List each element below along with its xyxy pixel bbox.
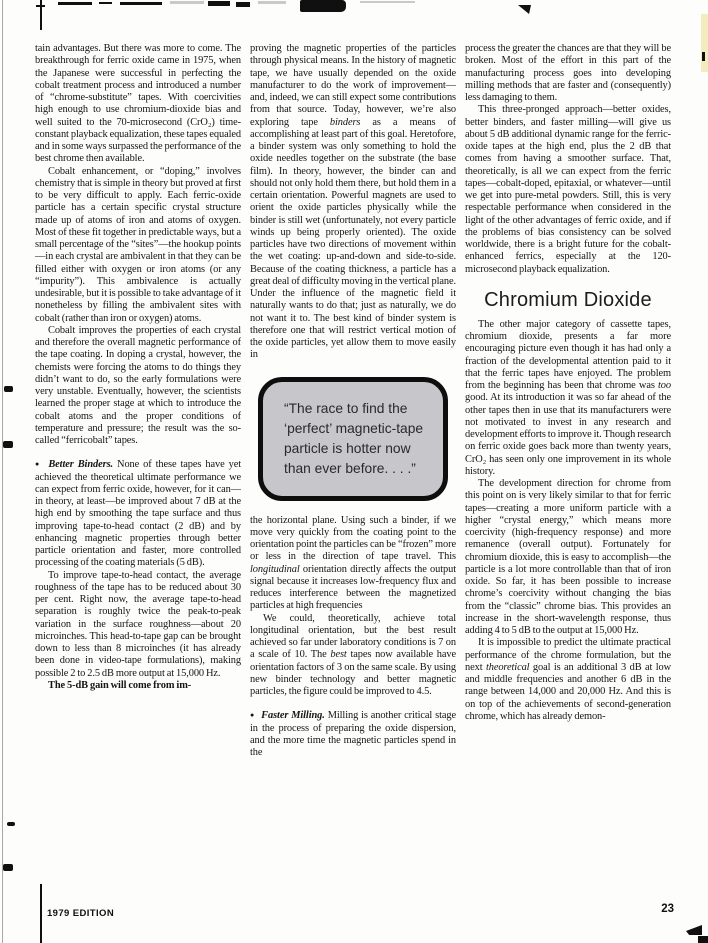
magazine-page: tain advantages. But there was more to c… bbox=[0, 0, 708, 943]
scan-artifact bbox=[2, 0, 3, 943]
scan-artifact bbox=[36, 5, 45, 7]
bullet-marker: ● bbox=[250, 711, 261, 719]
edition-label: 1979 EDITION bbox=[47, 908, 114, 919]
column-1: tain advantages. But there was more to c… bbox=[35, 43, 241, 899]
scan-artifact bbox=[360, 1, 415, 3]
bullet-marker: ● bbox=[35, 460, 48, 468]
scan-artifact bbox=[7, 822, 15, 826]
paragraph: the horizontal plane. Using such a binde… bbox=[250, 515, 456, 613]
scan-artifact bbox=[170, 1, 204, 4]
article-body: tain advantages. But there was more to c… bbox=[35, 43, 671, 899]
paragraph: tain advantages. But there was more to c… bbox=[35, 43, 241, 166]
paragraph: The other major category of cassette tap… bbox=[465, 319, 671, 478]
column-2: proving the magnetic properties of the p… bbox=[250, 43, 456, 899]
paragraph: To improve tape-to-head contact, the ave… bbox=[35, 570, 241, 680]
paragraph: We could, theoretically, achieve total l… bbox=[250, 613, 456, 699]
scan-artifact bbox=[698, 936, 708, 943]
paragraph: It is impossible to predict the ultimate… bbox=[465, 637, 671, 723]
paragraph: process the greater the chances are that… bbox=[465, 43, 671, 104]
section-heading: Chromium Dioxide bbox=[465, 289, 671, 311]
scan-artifact bbox=[518, 5, 531, 14]
paragraph: Cobalt enhancement, or “doping,” involve… bbox=[35, 166, 241, 325]
column-3: process the greater the chances are that… bbox=[465, 43, 671, 899]
page-number: 23 bbox=[661, 903, 674, 915]
paragraph: Cobalt improves the properties of each c… bbox=[35, 325, 241, 448]
scan-artifact bbox=[300, 0, 346, 12]
scan-artifact bbox=[58, 2, 92, 5]
scan-artifact bbox=[702, 52, 705, 61]
scan-artifact bbox=[258, 1, 286, 4]
paragraph: proving the magnetic properties of the p… bbox=[250, 43, 456, 362]
scan-artifact bbox=[4, 386, 13, 392]
paragraph: ● Better Binders. None of these tapes ha… bbox=[35, 458, 241, 569]
scan-artifact bbox=[208, 1, 230, 6]
scan-artifact bbox=[99, 2, 112, 4]
paragraph: The 5-dB gain will come from im- bbox=[35, 680, 241, 692]
scan-artifact bbox=[236, 2, 250, 7]
scan-artifact bbox=[120, 2, 162, 5]
scan-artifact bbox=[3, 864, 13, 871]
scan-artifact bbox=[686, 925, 702, 935]
scan-artifact bbox=[3, 441, 13, 448]
paragraph: ● Faster Milling. Milling is another cri… bbox=[250, 709, 456, 759]
pull-quote-box: “The race to find the‘perfect’ magnetic-… bbox=[258, 377, 448, 501]
paragraph: This three-pronged approach—better oxide… bbox=[465, 104, 671, 276]
scan-artifact bbox=[701, 14, 708, 72]
paragraph: The development direction for chrome fro… bbox=[465, 478, 671, 637]
